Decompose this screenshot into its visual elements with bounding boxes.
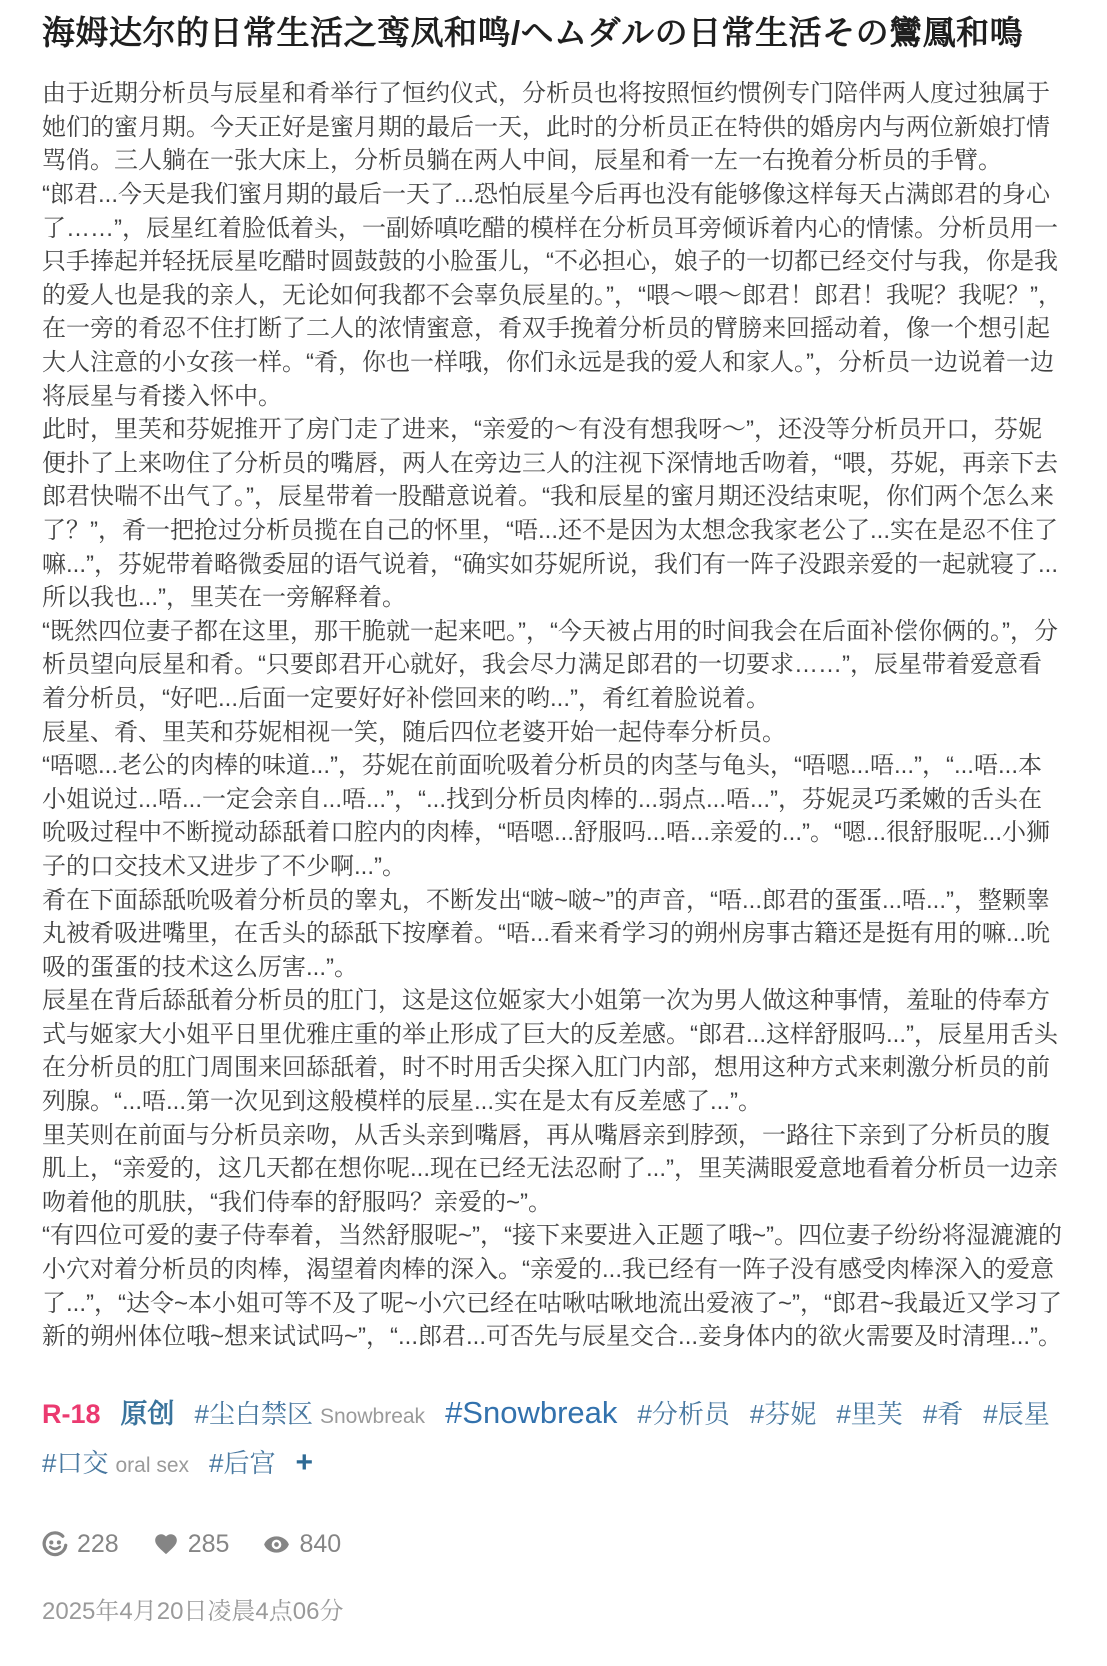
like-stat: 228	[42, 1530, 119, 1559]
tag-fenxiyuan[interactable]: #分析员	[637, 1394, 729, 1431]
tag-fenni[interactable]: #芬妮	[750, 1394, 816, 1431]
bookmark-count: 285	[188, 1530, 230, 1559]
heart-icon	[153, 1531, 179, 1557]
like-smiley-icon	[42, 1531, 68, 1557]
rating-badge-r18[interactable]: R-18	[42, 1399, 101, 1430]
tag-chenxing[interactable]: #辰星	[983, 1394, 1049, 1431]
article-paragraph: “既然四位妻子都在这里，那干脆就一起来吧。”，“今天被占用的时间我会在后面补偿你…	[42, 615, 1065, 716]
article-paragraph: “郎君...今天是我们蜜月期的最后一天了...恐怕辰星今后再也没有能够像这样每天…	[42, 178, 1065, 413]
original-badge[interactable]: 原创	[121, 1392, 175, 1431]
article-paragraph: 辰星在背后舔舐着分析员的肛门，这是这位姬家大小姐第一次为男人做这种事情，羞耻的侍…	[42, 984, 1065, 1118]
tag-koujiao[interactable]: #口交oral sex	[42, 1443, 189, 1480]
tag-yao[interactable]: #肴	[923, 1394, 963, 1431]
tag-hougong[interactable]: #后宫	[209, 1443, 275, 1480]
views-count: 840	[299, 1530, 341, 1559]
article-paragraph: 辰星、肴、里芙和芬妮相视一笑，随后四位老婆开始一起侍奉分析员。	[42, 716, 1065, 750]
like-count: 228	[77, 1530, 119, 1559]
tag-translation: oral sex	[115, 1454, 189, 1477]
stats-bar: 228 285 840	[42, 1530, 1065, 1559]
publish-date: 2025年4月20日凌晨4点06分	[42, 1591, 1065, 1626]
tag-list: R-18 原创 #尘白禁区Snowbreak #Snowbreak #分析员 #…	[42, 1392, 1065, 1480]
add-tag-button[interactable]: +	[295, 1448, 313, 1478]
article-paragraph: 里芙则在前面与分析员亲吻，从舌头亲到嘴唇，再从嘴唇亲到脖颈，一路往下亲到了分析员…	[42, 1119, 1065, 1220]
tag-chenbai-jinqu[interactable]: #尘白禁区Snowbreak	[195, 1394, 426, 1431]
article-paragraph: 肴在下面舔舐吮吸着分析员的睾丸，不断发出“啵~啵~”的声音，“唔...郎君的蛋蛋…	[42, 884, 1065, 985]
eye-icon	[263, 1531, 290, 1558]
article-paragraph: “有四位可爱的妻子侍奉着，当然舒服呢~”，“接下来要进入正题了哦~”。四位妻子纷…	[42, 1219, 1065, 1353]
bookmark-stat: 285	[153, 1530, 230, 1559]
novel-body: 由于近期分析员与辰星和肴举行了恒约仪式，分析员也将按照恒约惯例专门陪伴两人度过独…	[42, 77, 1065, 1354]
article-paragraph: 由于近期分析员与辰星和肴举行了恒约仪式，分析员也将按照恒约惯例专门陪伴两人度过独…	[42, 77, 1065, 178]
tag-lifu[interactable]: #里芙	[836, 1394, 902, 1431]
article-paragraph: “唔嗯...老公的肉棒的味道...”，芬妮在前面吮吸着分析员的肉茎与龟头，“唔嗯…	[42, 749, 1065, 883]
article-paragraph: 此时，里芙和芬妮推开了房门走了进来，“亲爱的～有没有想我呀～”，还没等分析员开口…	[42, 413, 1065, 615]
novel-post-page: 海姆达尔的日常生活之鸾凤和鸣/ヘムダルの日常生活その鸞鳳和鳴 由于近期分析员与辰…	[0, 0, 1107, 1666]
tag-translation: Snowbreak	[320, 1405, 425, 1428]
views-stat: 840	[263, 1530, 341, 1559]
tag-snowbreak[interactable]: #Snowbreak	[445, 1395, 617, 1431]
page-title: 海姆达尔的日常生活之鸾凤和鸣/ヘムダルの日常生活その鸞鳳和鳴	[42, 12, 1065, 53]
